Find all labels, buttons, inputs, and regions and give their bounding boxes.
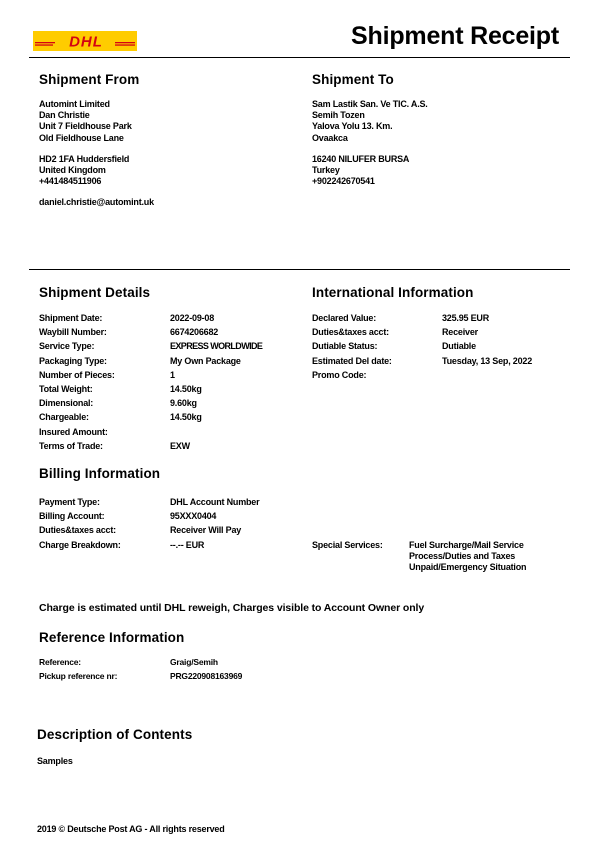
page-title: Shipment Receipt <box>351 22 559 51</box>
detail-label: Service Type: <box>39 341 170 352</box>
from-postcode-city: HD2 1FA Huddersfield <box>39 154 154 165</box>
special-service-line: Unpaid/Emergency Situation <box>409 562 526 573</box>
special-service-line: Fuel Surcharge/Mail Service <box>409 540 526 551</box>
reference-value: Graig/Semih <box>170 657 242 668</box>
detail-label: Terms of Trade: <box>39 441 170 452</box>
detail-label: Chargeable: <box>39 412 170 423</box>
special-services-label: Special Services: <box>312 540 383 551</box>
contents-description: Samples <box>37 756 73 767</box>
from-company: Automint Limited <box>39 99 154 110</box>
to-phone: +902242670541 <box>312 176 428 187</box>
terms-of-trade-value: EXW <box>170 441 262 452</box>
description-of-contents-heading: Description of Contents <box>37 727 192 742</box>
charge-breakdown-value: --.-- EUR <box>170 540 259 551</box>
from-phone: +441484511906 <box>39 176 154 187</box>
from-contact: Dan Christie <box>39 110 154 121</box>
dhl-logo-icon: DHL <box>33 31 137 51</box>
billing-information-heading: Billing Information <box>39 466 160 481</box>
promo-code-value <box>442 370 532 381</box>
detail-label: Insured Amount: <box>39 427 170 438</box>
special-services-list: Fuel Surcharge/Mail Service Process/Duti… <box>409 540 526 573</box>
international-information-table: Declared Value: 325.95 EUR Duties&taxes … <box>312 313 532 381</box>
chargeable-weight-value: 14.50kg <box>170 412 262 423</box>
detail-label: Number of Pieces: <box>39 370 170 381</box>
billing-information-table: Payment Type: DHL Account Number Billing… <box>39 497 259 551</box>
detail-label: Shipment Date: <box>39 313 170 324</box>
to-country: Turkey <box>312 165 428 176</box>
shipment-to-heading: Shipment To <box>312 72 394 87</box>
billing-label: Duties&taxes acct: <box>39 525 170 536</box>
detail-label: Total Weight: <box>39 384 170 395</box>
dimensional-weight-value: 9.60kg <box>170 398 262 409</box>
intl-label: Dutiable Status: <box>312 341 442 352</box>
from-street-1: Unit 7 Fieldhouse Park <box>39 121 154 132</box>
billing-label: Billing Account: <box>39 511 170 522</box>
pickup-reference-value: PRG220908163969 <box>170 671 242 682</box>
dutiable-status-value: Dutiable <box>442 341 532 352</box>
from-country: United Kingdom <box>39 165 154 176</box>
to-street-2: Ovaakca <box>312 133 428 144</box>
from-email: daniel.christie@automint.uk <box>39 197 154 208</box>
svg-text:DHL: DHL <box>69 34 103 51</box>
detail-label: Dimensional: <box>39 398 170 409</box>
detail-label: Packaging Type: <box>39 356 170 367</box>
billing-label: Charge Breakdown: <box>39 540 170 551</box>
billing-account-value: 95XXX0404 <box>170 511 259 522</box>
to-postcode-city: 16240 NILUFER BURSA <box>312 154 428 165</box>
reference-information-heading: Reference Information <box>39 630 184 645</box>
to-street-1: Yalova Yolu 13. Km. <box>312 121 428 132</box>
international-information-heading: International Information <box>312 285 474 300</box>
detail-label: Waybill Number: <box>39 327 170 338</box>
to-contact: Semih Tozen <box>312 110 428 121</box>
reference-information-table: Reference: Graig/Semih Pickup reference … <box>39 657 242 682</box>
charge-estimate-note: Charge is estimated until DHL reweigh, C… <box>39 602 424 614</box>
shipment-details-heading: Shipment Details <box>39 285 150 300</box>
declared-value: 325.95 EUR <box>442 313 532 324</box>
shipment-to-address: Sam Lastik San. Ve TIC. A.S. Semih Tozen… <box>312 99 428 187</box>
duties-taxes-acct-value: Receiver <box>442 327 532 338</box>
shipment-date-value: 2022-09-08 <box>170 313 262 324</box>
waybill-number-value: 6674206682 <box>170 327 262 338</box>
billing-duties-taxes-value: Receiver Will Pay <box>170 525 259 536</box>
total-weight-value: 14.50kg <box>170 384 262 395</box>
estimated-delivery-date-value: Tuesday, 13 Sep, 2022 <box>442 356 532 367</box>
intl-label: Estimated Del date: <box>312 356 442 367</box>
shipment-details-table: Shipment Date: 2022-09-08 Waybill Number… <box>39 313 262 452</box>
reference-label: Reference: <box>39 657 170 668</box>
footer-copyright: 2019 © Deutsche Post AG - All rights res… <box>37 824 225 835</box>
insured-amount-value <box>170 427 262 438</box>
service-type-value: EXPRESS WORLDWIDE <box>170 341 262 352</box>
from-street-2: Old Fieldhouse Lane <box>39 133 154 144</box>
number-of-pieces-value: 1 <box>170 370 262 381</box>
intl-label: Duties&taxes acct: <box>312 327 442 338</box>
packaging-type-value: My Own Package <box>170 356 262 367</box>
shipment-from-heading: Shipment From <box>39 72 139 87</box>
special-service-line: Process/Duties and Taxes <box>409 551 526 562</box>
shipment-from-address: Automint Limited Dan Christie Unit 7 Fie… <box>39 99 154 209</box>
payment-type-value: DHL Account Number <box>170 497 259 508</box>
intl-label: Promo Code: <box>312 370 442 381</box>
to-company: Sam Lastik San. Ve TIC. A.S. <box>312 99 428 110</box>
reference-label: Pickup reference nr: <box>39 671 170 682</box>
dhl-logo: DHL <box>33 31 137 51</box>
section-divider <box>29 269 570 270</box>
billing-label: Payment Type: <box>39 497 170 508</box>
header-divider <box>29 57 570 58</box>
intl-label: Declared Value: <box>312 313 442 324</box>
